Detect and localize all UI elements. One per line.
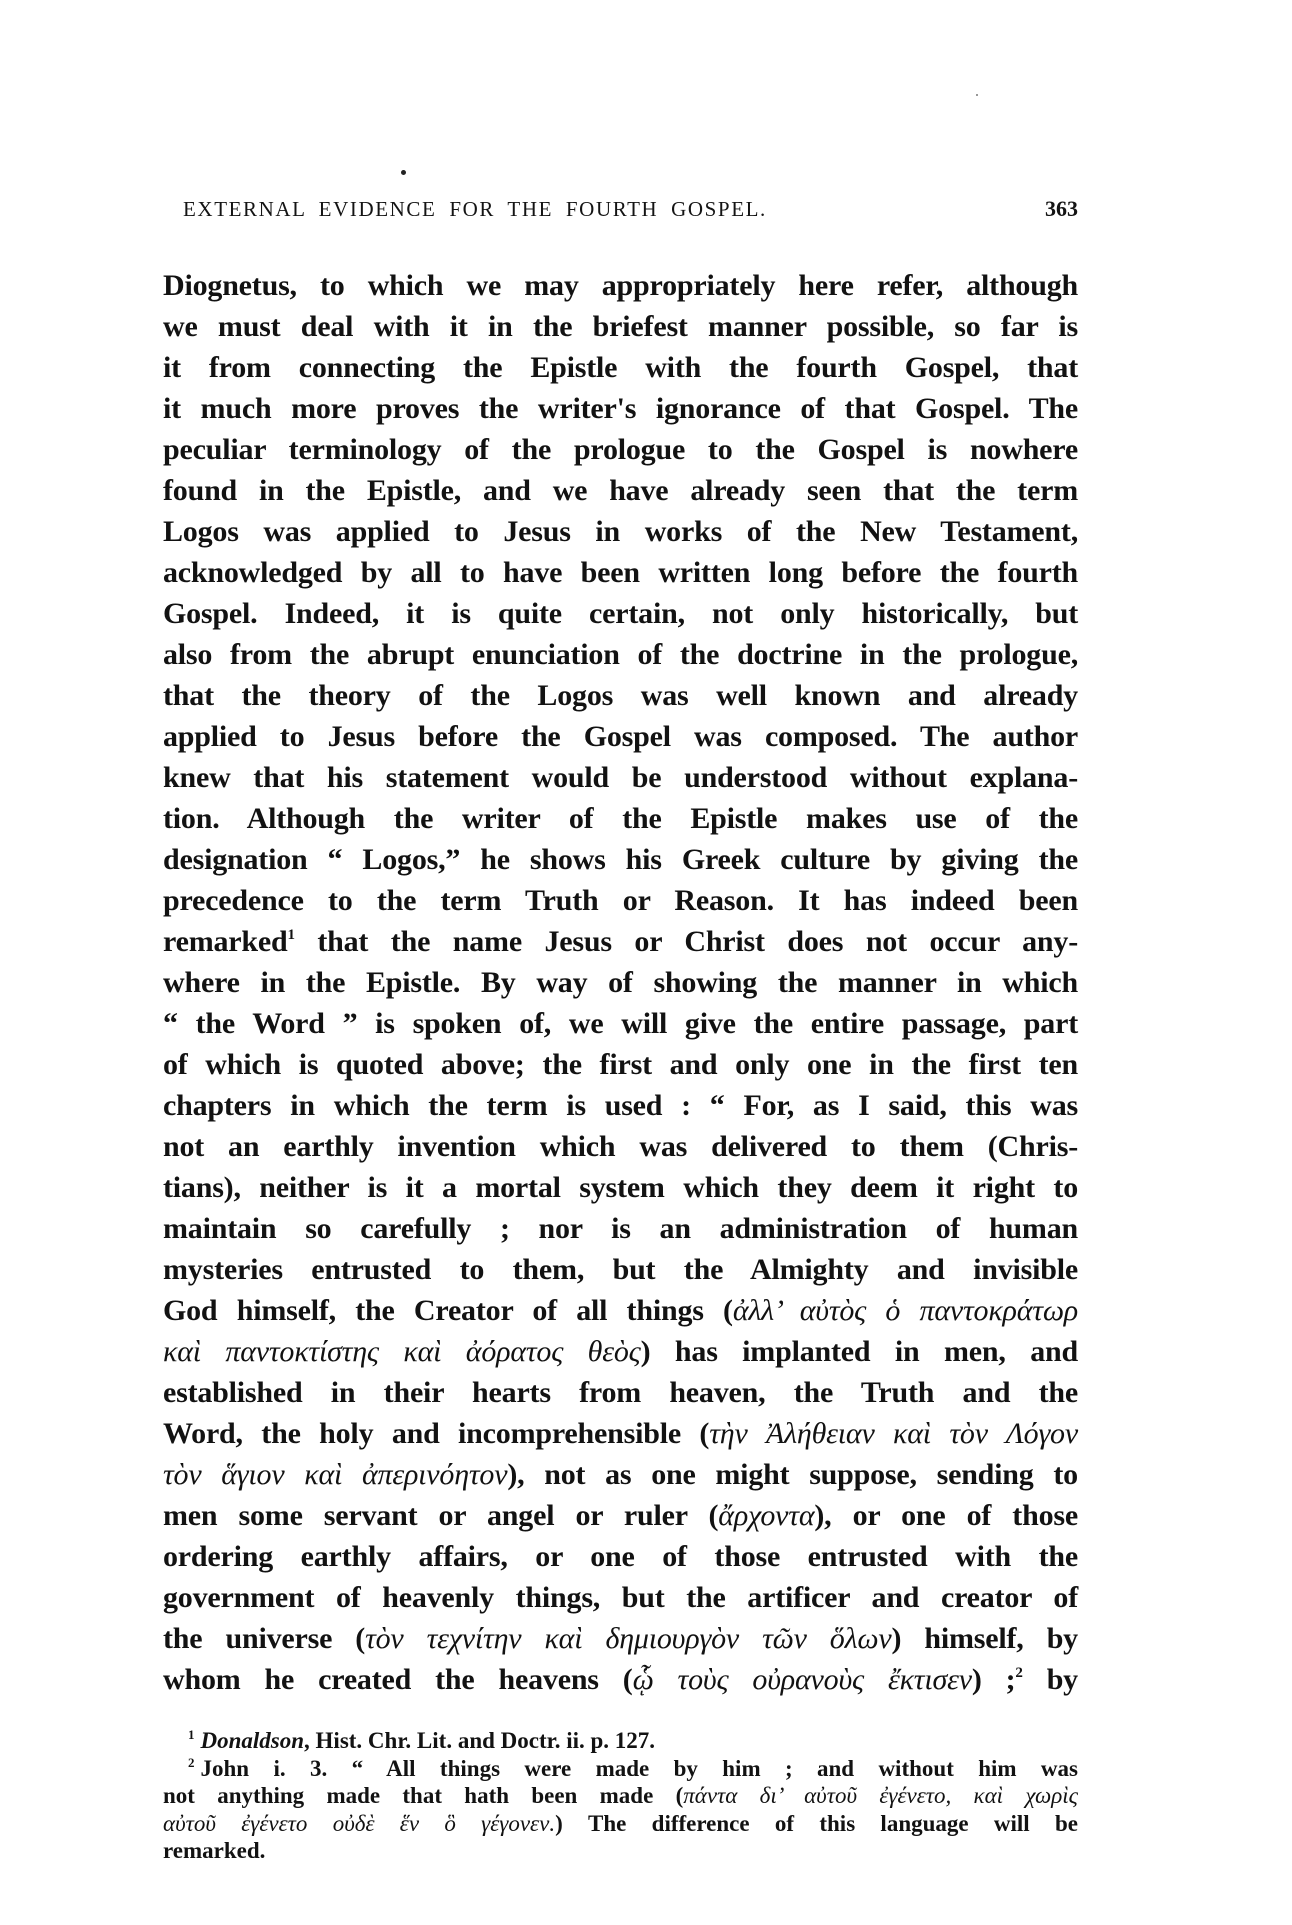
greek-quote: ἄρχοντα bbox=[718, 1499, 814, 1532]
text-line: found in the Epistle, and we have alread… bbox=[163, 470, 1078, 511]
text-line: men some servant or angel or ruler (ἄρχο… bbox=[163, 1495, 1078, 1536]
text-run: by bbox=[1023, 1663, 1078, 1696]
text-line: whom he created the heavens (ᾧ τοὺς οὐρα… bbox=[163, 1659, 1078, 1700]
text-line: government of heavenly things, but the a… bbox=[163, 1577, 1078, 1618]
footnote-2-cont: αὐτοῦ ἐγένετο οὐδὲ ἕν ὃ γέγονεν.) The di… bbox=[163, 1810, 1078, 1838]
text-run: ) has implanted in men, and bbox=[641, 1335, 1078, 1368]
greek-quote: ἀλλ’ αὐτὸς ὁ παντοκράτωρ bbox=[733, 1294, 1078, 1327]
text-line: tion. Although the writer of the Epistle… bbox=[163, 798, 1078, 839]
text-run: whom he created the heavens ( bbox=[163, 1663, 633, 1696]
footnote-ref-2[interactable]: 2 bbox=[1015, 1665, 1022, 1681]
text-line: chapters in which the term is used : “ F… bbox=[163, 1085, 1078, 1126]
body-text: Diognetus, to which we may appropriately… bbox=[163, 265, 1078, 1700]
text-line: of which is quoted above; the first and … bbox=[163, 1044, 1078, 1085]
greek-quote: αὐτοῦ ἐγένετο οὐδὲ ἕν ὃ γέγονεν. bbox=[163, 1811, 555, 1836]
print-speck bbox=[401, 170, 406, 175]
text-line: we must deal with it in the briefest man… bbox=[163, 306, 1078, 347]
greek-quote: πάντα δι’ αὐτοῦ ἐγένετο, καὶ χωρὶς bbox=[683, 1783, 1078, 1808]
running-head: EXTERNAL EVIDENCE FOR THE FOURTH GOSPEL.… bbox=[183, 196, 1078, 226]
text-run: ), or one of those bbox=[814, 1499, 1078, 1532]
book-page: EXTERNAL EVIDENCE FOR THE FOURTH GOSPEL.… bbox=[0, 0, 1292, 1925]
page-number: 363 bbox=[1045, 196, 1078, 222]
footnote-2-cont: remarked. bbox=[163, 1837, 1078, 1865]
text-run: ) himself, by bbox=[892, 1622, 1079, 1655]
text-line: τὸν ἅγιον καὶ ἀπερινόητον), not as one m… bbox=[163, 1454, 1078, 1495]
footnote-2: 2John i. 3. “ All things were made by hi… bbox=[163, 1755, 1078, 1783]
text-run: that the name Jesus or Christ does not o… bbox=[295, 925, 1078, 958]
text-line: Diognetus, to which we may appropriately… bbox=[163, 265, 1078, 306]
text-line: it from connecting the Epistle with the … bbox=[163, 347, 1078, 388]
text-line: where in the Epistle. By way of showing … bbox=[163, 962, 1078, 1003]
text-line: that the theory of the Logos was well kn… bbox=[163, 675, 1078, 716]
greek-quote: καὶ παντοκτίστης καὶ ἀόρατος θεὸς bbox=[163, 1335, 641, 1368]
text-line: not an earthly invention which was deliv… bbox=[163, 1126, 1078, 1167]
text-line: applied to Jesus before the Gospel was c… bbox=[163, 716, 1078, 757]
footnote-mark: 1 bbox=[188, 1727, 195, 1742]
text-line: Logos was applied to Jesus in works of t… bbox=[163, 511, 1078, 552]
text-line: tians), neither is it a mortal system wh… bbox=[163, 1167, 1078, 1208]
footnote-text: John i. 3. “ All things were made by him… bbox=[201, 1756, 1079, 1781]
text-line: knew that his statement would be underst… bbox=[163, 757, 1078, 798]
text-line: the universe (τὸν τεχνίτην καὶ δημιουργὸ… bbox=[163, 1618, 1078, 1659]
text-line: καὶ παντοκτίστης καὶ ἀόρατος θεὸς) has i… bbox=[163, 1331, 1078, 1372]
text-line: it much more proves the writer's ignoran… bbox=[163, 388, 1078, 429]
text-line: established in their hearts from heaven,… bbox=[163, 1372, 1078, 1413]
text-line: ordering earthly affairs, or one of thos… bbox=[163, 1536, 1078, 1577]
footnote-text: not anything made that hath been made ( bbox=[163, 1783, 683, 1808]
text-run: men some servant or angel or ruler ( bbox=[163, 1499, 718, 1532]
text-line: Gospel. Indeed, it is quite certain, not… bbox=[163, 593, 1078, 634]
text-run: ) ; bbox=[972, 1663, 1016, 1696]
footnote-1: 1Donaldson, Hist. Chr. Lit. and Doctr. i… bbox=[163, 1727, 1078, 1755]
text-line: precedence to the term Truth or Reason. … bbox=[163, 880, 1078, 921]
text-line: Word, the holy and incomprehensible (τὴν… bbox=[163, 1413, 1078, 1454]
text-line: acknowledged by all to have been written… bbox=[163, 552, 1078, 593]
footnote-ref-1[interactable]: 1 bbox=[287, 927, 294, 943]
text-line: peculiar terminology of the prologue to … bbox=[163, 429, 1078, 470]
text-line: remarked1 that the name Jesus or Christ … bbox=[163, 921, 1078, 962]
text-run: remarked bbox=[163, 925, 287, 958]
footnote-author: Donaldson bbox=[201, 1728, 305, 1753]
text-line: also from the abrupt enunciation of the … bbox=[163, 634, 1078, 675]
text-line: mysteries entrusted to them, but the Alm… bbox=[163, 1249, 1078, 1290]
greek-quote: ᾧ τοὺς οὐρανοὺς ἔκτισεν bbox=[633, 1663, 972, 1696]
text-run: God himself, the Creator of all things ( bbox=[163, 1294, 733, 1327]
print-speck bbox=[976, 94, 978, 96]
text-line: God himself, the Creator of all things (… bbox=[163, 1290, 1078, 1331]
greek-quote: τὸν τεχνίτην καὶ δημιουργὸν τῶν ὅλων bbox=[365, 1622, 891, 1655]
text-line: “ the Word ” is spoken of, we will give … bbox=[163, 1003, 1078, 1044]
footnote-mark: 2 bbox=[188, 1755, 195, 1770]
footnote-text: ) The difference of this language will b… bbox=[555, 1811, 1078, 1836]
footnote-2-cont: not anything made that hath been made (π… bbox=[163, 1782, 1078, 1810]
greek-quote: τὴν Ἀλήθειαν καὶ τὸν Λόγον bbox=[709, 1417, 1078, 1450]
text-run: Word, the holy and incomprehensible ( bbox=[163, 1417, 709, 1450]
running-title: EXTERNAL EVIDENCE FOR THE FOURTH GOSPEL. bbox=[183, 197, 767, 222]
text-line: maintain so carefully ; nor is an admini… bbox=[163, 1208, 1078, 1249]
greek-quote: τὸν ἅγιον καὶ ἀπερινόητον bbox=[163, 1458, 507, 1491]
text-run: the universe ( bbox=[163, 1622, 365, 1655]
text-run: ), not as one might suppose, sending to bbox=[507, 1458, 1078, 1491]
footnote-text: , Hist. Chr. Lit. and Doctr. ii. p. 127. bbox=[304, 1728, 655, 1753]
text-line: designation “ Logos,” he shows his Greek… bbox=[163, 839, 1078, 880]
footnotes: 1Donaldson, Hist. Chr. Lit. and Doctr. i… bbox=[163, 1727, 1078, 1865]
